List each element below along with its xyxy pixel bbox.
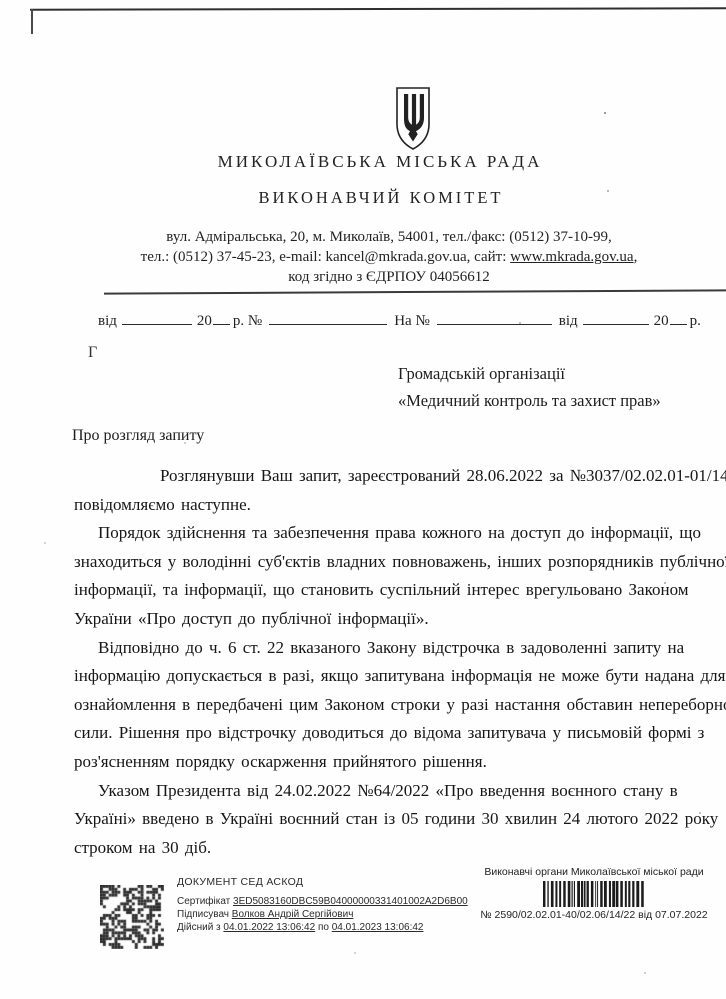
date-blank-2 [583,311,649,325]
address-line-1: вул. Адміральська, 20, м. Миколаїв, 5400… [109,227,669,247]
esignature-system-label: ДОКУМЕНТ СЕД АСКОД [177,876,468,888]
year-suffix-1: р. № [233,313,262,329]
from-label-1: від [98,313,117,329]
letterhead-divider [104,289,726,294]
registration-org-line: Виконавчі органи Миколаївської міської р… [478,866,710,878]
organization-name: МИКОЛАЇВСЬКА МІСЬКА РАДА [218,152,543,172]
number-blank [269,311,387,325]
scan-noise-specks [604,112,606,114]
address-line-2-suffix: , [634,249,638,265]
qr-code [100,885,164,949]
certificate-line: Сертифікат 3ED5083160DBC59B0400000033140… [177,895,468,908]
scanned-letter-page: МИКОЛАЇВСЬКА МІСЬКА РАДА ВИКОНАВЧИЙ КОМІ… [0,0,726,999]
reference-line: від20р. №На №від20р. [98,311,701,330]
registration-stamp: Виконавчі органи Миколаївської міської р… [478,866,710,921]
valid-from-label: Дійсний з [177,922,221,933]
registration-number-line: № 2590/02.02.01-40/02.06/14/22 від 07.07… [478,909,710,921]
body-line: Відповідно до ч. 6 ст. 22 вказаного Зако… [74,634,726,663]
letterhead-address: вул. Адміральська, 20, м. Миколаїв, 5400… [109,227,669,287]
committee-name: ВИКОНАВЧИЙ КОМІТЕТ [258,188,503,208]
on-number-label: На № [394,313,430,329]
scan-edge-artifact [30,7,726,10]
body-line: сили. Рішення про відстрочку доводиться … [74,719,726,748]
addressee-block: Громадській організації «Медичний контро… [398,360,661,414]
website-link: www.mkrada.gov.ua [510,249,633,265]
body-line: інформації, та інформації, що становить … [74,576,726,605]
addressee-line-2: «Медичний контроль та захист прав» [398,387,661,414]
certificate-value: 3ED5083160DBC59B04000000331401002A2D6B00 [233,896,468,907]
from-label-2: від [559,313,578,329]
year-label-1: 20 [197,313,212,329]
year-label-2: 20 [654,313,669,329]
corner-mark: Г [88,344,97,362]
body-line: Порядок здійснення та забезпечення права… [74,519,726,548]
barcode [542,881,646,907]
body-line: Україні» введено в Україні воєнний стан … [74,805,726,834]
validity-line: Дійсний з 04.01.2022 13:06:42 по 04.01.2… [177,921,468,934]
body-line: Розглянувши Ваш запит, зареєстрований 28… [74,462,726,491]
valid-from-value: 04.01.2022 13:06:42 [223,922,315,933]
ukraine-trident-emblem-icon [393,86,433,152]
subject-line: Про розгляд запиту [72,427,204,445]
year-suffix-2: р. [690,313,701,329]
body-line: Указом Президента від 24.02.2022 №64/202… [74,777,726,806]
address-line-2: тел.: (0512) 37-45-23, e-mail: kancel@mk… [109,247,669,267]
body-line: роз'ясненням порядку оскарження прийнято… [74,748,726,777]
body-line: строком на 30 діб. [74,834,726,863]
year-blank-1 [213,311,230,325]
address-line-2-prefix: тел.: (0512) 37-45-23, e-mail: kancel@mk… [141,249,510,265]
body-line: повідомляємо наступне. [74,491,726,520]
letter-body: Розглянувши Ваш запит, зареєстрований 28… [74,462,726,862]
esignature-block: ДОКУМЕНТ СЕД АСКОД Сертифікат 3ED5083160… [177,876,468,934]
address-line-3: код згідно з ЄДРПОУ 04056612 [109,267,669,287]
addressee-line-1: Громадській організації [398,360,661,387]
year-blank-2 [670,311,687,325]
on-number-blank [437,311,552,325]
scan-edge-tick [31,9,33,34]
valid-to-label: по [318,922,329,933]
body-line: України «Про доступ до публічної інформа… [74,605,726,634]
signer-line: Підписувач Волков Андрій Сергійович [177,908,468,921]
certificate-label: Сертифікат [177,896,230,907]
body-line: інформацію допускається в разі, якщо зап… [74,662,726,691]
body-line: знаходиться у володінні суб'єктів владни… [74,548,726,577]
valid-to-value: 04.01.2023 13:06:42 [332,922,424,933]
body-line: ознайомлення в передбачені цим Законом с… [74,691,726,720]
date-blank-1 [122,311,192,325]
signer-value: Волков Андрій Сергійович [232,909,354,920]
signer-label: Підписувач [177,909,229,920]
